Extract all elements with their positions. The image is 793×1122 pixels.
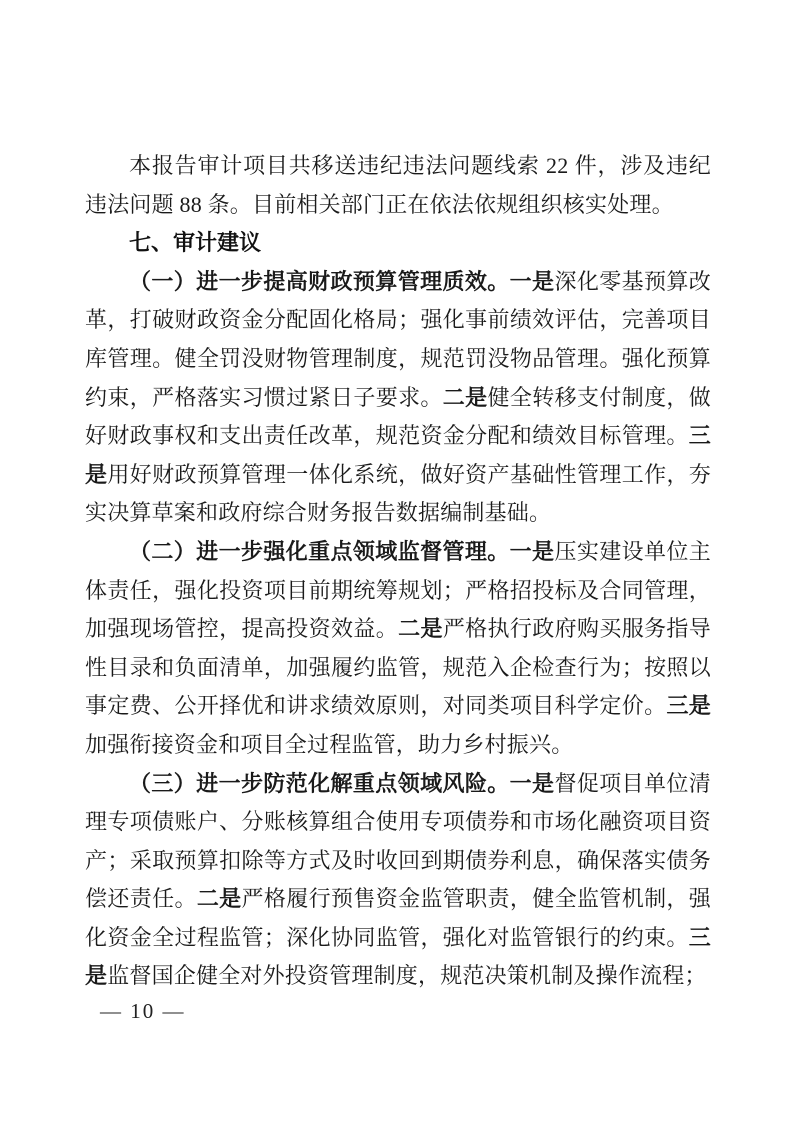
text-run-bold: 二是 <box>443 385 488 410</box>
text-run-bold: （二）进一步强化重点领域监督管理。一是 <box>129 539 554 564</box>
section-heading-audit-recommendations: 七、审计建议 <box>85 224 711 263</box>
text-run-bold: 二是 <box>398 616 443 641</box>
text-run-bold: 三是 <box>666 693 711 718</box>
text-run: 本报告审计项目共移送违纪违法问题线索 22 件，涉及违纪违法问题 88 条。目前… <box>85 153 711 217</box>
page-number: — 10 — <box>100 999 186 1023</box>
paragraph-transfer-summary: 本报告审计项目共移送违纪违法问题线索 22 件，涉及违纪违法问题 88 条。目前… <box>85 147 711 224</box>
text-run-bold: 七、审计建议 <box>129 230 261 255</box>
text-run: 用好财政预算管理一体化系统，做好资产基础性管理工作，夯实决算草案和政府综合财务报… <box>85 462 711 526</box>
document-page: 本报告审计项目共移送违纪违法问题线索 22 件，涉及违纪违法问题 88 条。目前… <box>0 0 793 1122</box>
paragraph-recommendation-2: （二）进一步强化重点领域监督管理。一是压实建设单位主体责任，强化投资项目前期统筹… <box>85 533 711 765</box>
paragraph-recommendation-1: （一）进一步提高财政预算管理质效。一是深化零基预算改革，打破财政资金分配固化格局… <box>85 263 711 533</box>
text-run-bold: （三）进一步防范化解重点领域风险。一是 <box>129 771 554 796</box>
document-content: 本报告审计项目共移送违纪违法问题线索 22 件，涉及违纪违法问题 88 条。目前… <box>85 147 711 996</box>
page-footer: — 10 — <box>100 998 186 1024</box>
paragraph-recommendation-3: （三）进一步防范化解重点领域风险。一是督促项目单位清理专项债账户、分账核算组合使… <box>85 765 711 997</box>
text-run: 监督国企健全对外投资管理制度，规范决策机制及操作流程； <box>107 963 706 988</box>
text-run: 加强衔接资金和项目全过程监管，助力乡村振兴。 <box>85 732 573 757</box>
text-run-bold: （一）进一步提高财政预算管理质效。一是 <box>129 269 554 294</box>
text-run-bold: 二是 <box>197 886 242 911</box>
